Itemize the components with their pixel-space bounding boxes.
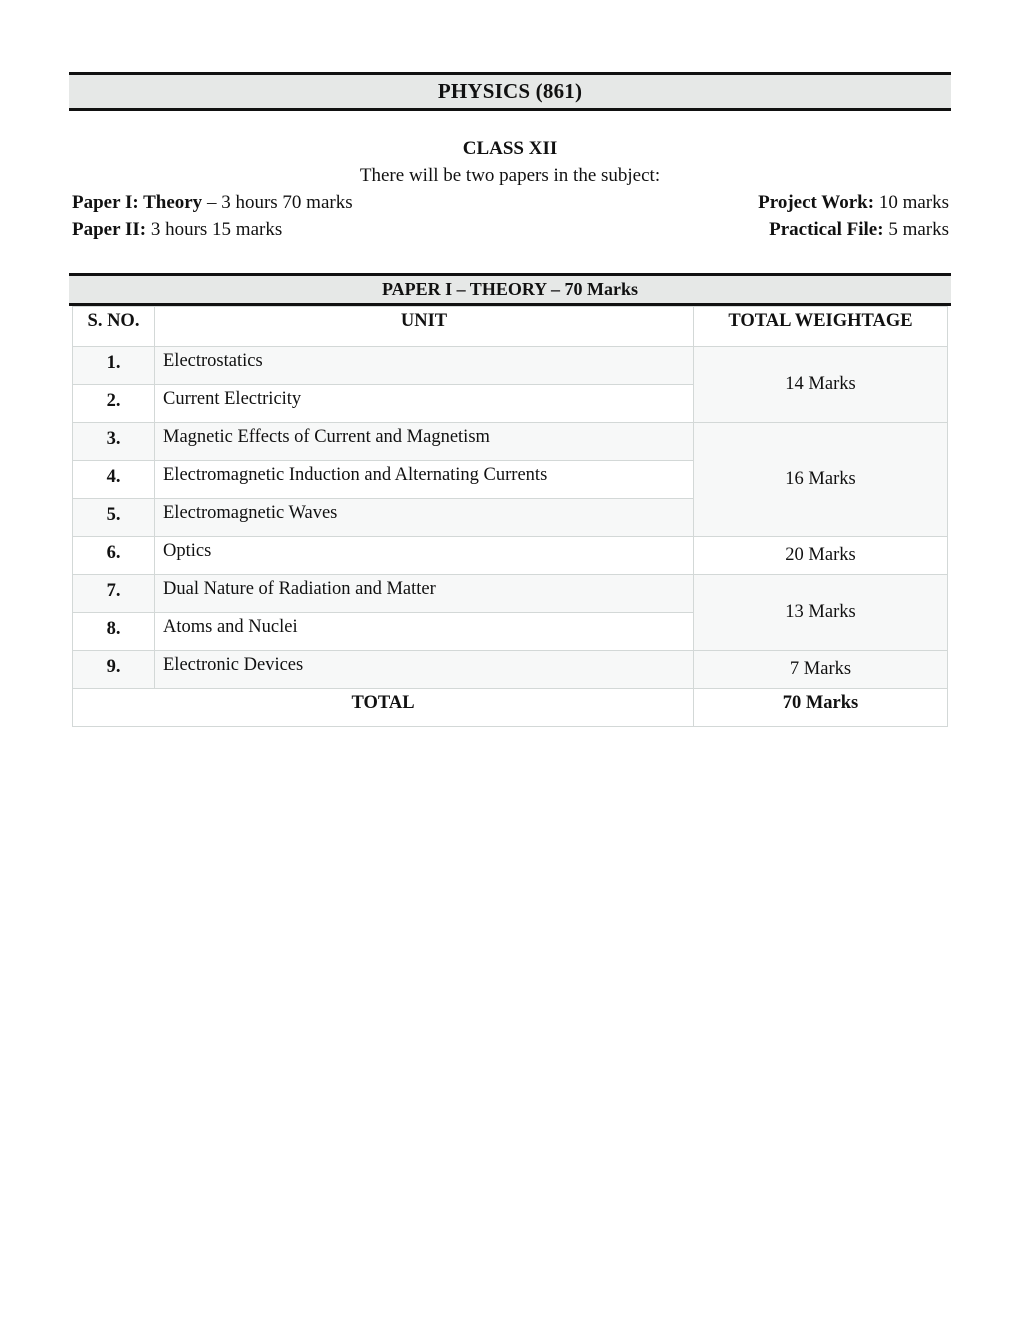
unit-weightage: 20 Marks	[694, 537, 948, 575]
unit-weightage: 14 Marks	[694, 347, 948, 423]
paper2-line: Paper II: 3 hours 15 marks	[72, 216, 353, 243]
project-label: Project Work:	[758, 192, 874, 213]
column-header-weightage: TOTAL WEIGHTAGE	[694, 307, 948, 347]
intro-text: There will be two papers in the subject:	[69, 162, 951, 189]
unit-serial-number: 5.	[73, 499, 155, 537]
unit-weightage: 16 Marks	[694, 423, 948, 537]
unit-serial-number: 1.	[73, 347, 155, 385]
unit-name: Electronic Devices	[155, 651, 694, 689]
unit-serial-number: 8.	[73, 613, 155, 651]
subject-title: PHYSICS (861)	[438, 79, 582, 104]
project-detail: 10 marks	[874, 192, 949, 213]
total-row: TOTAL70 Marks	[73, 689, 948, 727]
practical-line: Practical File: 5 marks	[758, 216, 949, 243]
table-row: 6.Optics20 Marks	[73, 537, 948, 575]
unit-name: Magnetic Effects of Current and Magnetis…	[155, 423, 694, 461]
unit-weightage: 7 Marks	[694, 651, 948, 689]
table-header-row: S. NO. UNIT TOTAL WEIGHTAGE	[73, 307, 948, 347]
paper-summary: Paper I: Theory – 3 hours 70 marks Paper…	[69, 189, 951, 243]
unit-serial-number: 3.	[73, 423, 155, 461]
unit-name: Electromagnetic Induction and Alternatin…	[155, 461, 694, 499]
paper1-detail: – 3 hours 70 marks	[202, 192, 352, 213]
theory-table-section: PAPER I – THEORY – 70 Marks S. NO. UNIT …	[69, 273, 951, 727]
table-body: 1.Electrostatics14 Marks2.Current Electr…	[73, 347, 948, 727]
theory-table-title: PAPER I – THEORY – 70 Marks	[69, 273, 951, 306]
project-line: Project Work: 10 marks	[758, 189, 949, 216]
class-heading: CLASS XII	[69, 136, 951, 162]
unit-serial-number: 6.	[73, 537, 155, 575]
theory-weightage-table: S. NO. UNIT TOTAL WEIGHTAGE 1.Electrosta…	[72, 306, 948, 727]
unit-name: Dual Nature of Radiation and Matter	[155, 575, 694, 613]
paper2-detail: 3 hours 15 marks	[146, 219, 282, 240]
paper1-label: Paper I: Theory	[72, 192, 202, 213]
practical-detail: 5 marks	[884, 219, 949, 240]
practical-label: Practical File:	[769, 219, 883, 240]
unit-name: Electromagnetic Waves	[155, 499, 694, 537]
paper-summary-left: Paper I: Theory – 3 hours 70 marks Paper…	[72, 189, 353, 243]
unit-serial-number: 9.	[73, 651, 155, 689]
column-header-unit: UNIT	[155, 307, 694, 347]
unit-name: Current Electricity	[155, 385, 694, 423]
paper2-label: Paper II:	[72, 219, 146, 240]
syllabus-page: PHYSICS (861) CLASS XII There will be tw…	[69, 72, 951, 727]
unit-serial-number: 2.	[73, 385, 155, 423]
unit-serial-number: 4.	[73, 461, 155, 499]
paper-summary-right: Project Work: 10 marks Practical File: 5…	[758, 189, 949, 243]
column-header-sno: S. NO.	[73, 307, 155, 347]
unit-weightage: 13 Marks	[694, 575, 948, 651]
total-label: TOTAL	[73, 689, 694, 727]
table-row: 3.Magnetic Effects of Current and Magnet…	[73, 423, 948, 461]
table-row: 7.Dual Nature of Radiation and Matter13 …	[73, 575, 948, 613]
total-marks: 70 Marks	[694, 689, 948, 727]
paper1-line: Paper I: Theory – 3 hours 70 marks	[72, 189, 353, 216]
theory-table-title-text: PAPER I – THEORY – 70 Marks	[382, 279, 638, 300]
table-row: 9.Electronic Devices7 Marks	[73, 651, 948, 689]
unit-name: Atoms and Nuclei	[155, 613, 694, 651]
unit-name: Optics	[155, 537, 694, 575]
subject-title-bar: PHYSICS (861)	[69, 72, 951, 111]
unit-name: Electrostatics	[155, 347, 694, 385]
unit-serial-number: 7.	[73, 575, 155, 613]
table-row: 1.Electrostatics14 Marks	[73, 347, 948, 385]
